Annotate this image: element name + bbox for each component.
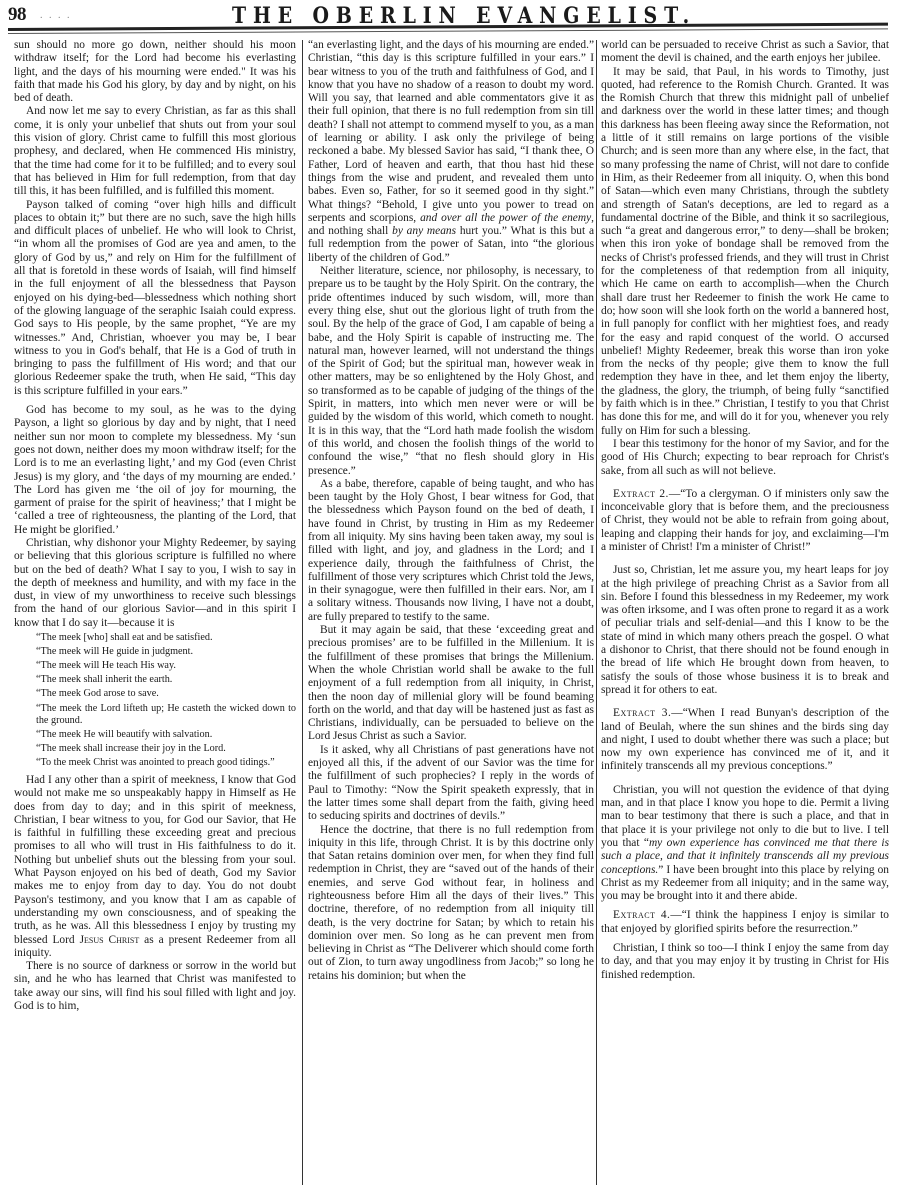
paragraph: “an everlasting light, and the days of h… xyxy=(308,39,594,265)
extract-paragraph: Extract 2.—“To a clergyman. O if ministe… xyxy=(601,488,889,554)
paragraph: Payson talked of coming “over high hills… xyxy=(14,199,296,398)
column-left: sun should no more go down, neither shou… xyxy=(14,39,296,1189)
paragraph: But it may again be said, that these ‘ex… xyxy=(308,624,594,744)
paragraph: There is no source of darkness or sorrow… xyxy=(14,960,296,1013)
leader-dots: . . . . xyxy=(40,10,72,21)
verse-line: “The meek God arose to save. xyxy=(36,688,296,701)
verse-line: “The meek will He teach His way. xyxy=(36,660,296,673)
extract-label: Extract 3. xyxy=(613,707,671,719)
paragraph: Christian, why dishonor your Mighty Rede… xyxy=(14,537,296,630)
paragraph: world can be persuaded to receive Christ… xyxy=(601,39,889,66)
column-middle: “an everlasting light, and the days of h… xyxy=(308,39,594,1189)
verse-line: “The meek will He guide in judgment. xyxy=(36,646,296,659)
verse-line: “The meek [who] shall eat and be satisfi… xyxy=(36,632,296,645)
column-divider-right xyxy=(596,40,597,1185)
extract-label: Extract 2. xyxy=(613,488,669,500)
verse-line: “To the meek Christ was anointed to prea… xyxy=(36,757,296,770)
text-run: Had I any other than a spirit of meeknes… xyxy=(14,774,296,946)
page-number: 98 xyxy=(8,4,26,26)
paragraph: As a babe, therefore, capable of being t… xyxy=(308,478,594,624)
paragraph: Christian, you will not question the evi… xyxy=(601,784,889,904)
verse-line: “The meek shall increase their joy in th… xyxy=(36,743,296,756)
small-caps-name: Jesus Christ xyxy=(80,934,140,946)
paragraph: Just so, Christian, let me assure you, m… xyxy=(601,564,889,697)
verse-line: “The meek shall inherit the earth. xyxy=(36,674,296,687)
italic-run: by any means xyxy=(392,225,456,237)
verse-line: “The meek He will beautify with salvatio… xyxy=(36,729,296,742)
column-divider-left xyxy=(302,40,303,1185)
column-right: world can be persuaded to receive Christ… xyxy=(601,39,889,1189)
paragraph: It may be said, that Paul, in his words … xyxy=(601,66,889,438)
extract-label: Extract 4. xyxy=(613,909,670,921)
paragraph: Hence the doctrine, that there is no ful… xyxy=(308,824,594,984)
paragraph: Christian, I think so too—I think I enjo… xyxy=(601,942,889,982)
paragraph: Neither literature, science, nor philoso… xyxy=(308,265,594,478)
paragraph: I bear this testimony for the honor of m… xyxy=(601,438,889,478)
paragraph: And now let me say to every Christian, a… xyxy=(14,105,296,198)
extract-paragraph: Extract 3.—“When I read Bunyan's descrip… xyxy=(601,707,889,773)
extract-paragraph: Extract 4.—“I think the happiness I enjo… xyxy=(601,909,889,936)
verse-line: “The meek the Lord lifteth up; He castet… xyxy=(36,703,296,728)
masthead: 98 . . . . THE OBERLIN EVANGELIST. xyxy=(0,0,900,40)
paragraph: sun should no more go down, neither shou… xyxy=(14,39,296,105)
text-run: “an everlasting light, and the days of h… xyxy=(308,39,594,224)
italic-run: and over all the power of the enemy xyxy=(420,212,591,224)
scripture-verse-list: “The meek [who] shall eat and be satisfi… xyxy=(14,632,296,770)
paragraph: God has become to my soul, as he was to … xyxy=(14,404,296,537)
paragraph: Is it asked, why all Christians of past … xyxy=(308,744,594,824)
paragraph: Had I any other than a spirit of meeknes… xyxy=(14,774,296,960)
